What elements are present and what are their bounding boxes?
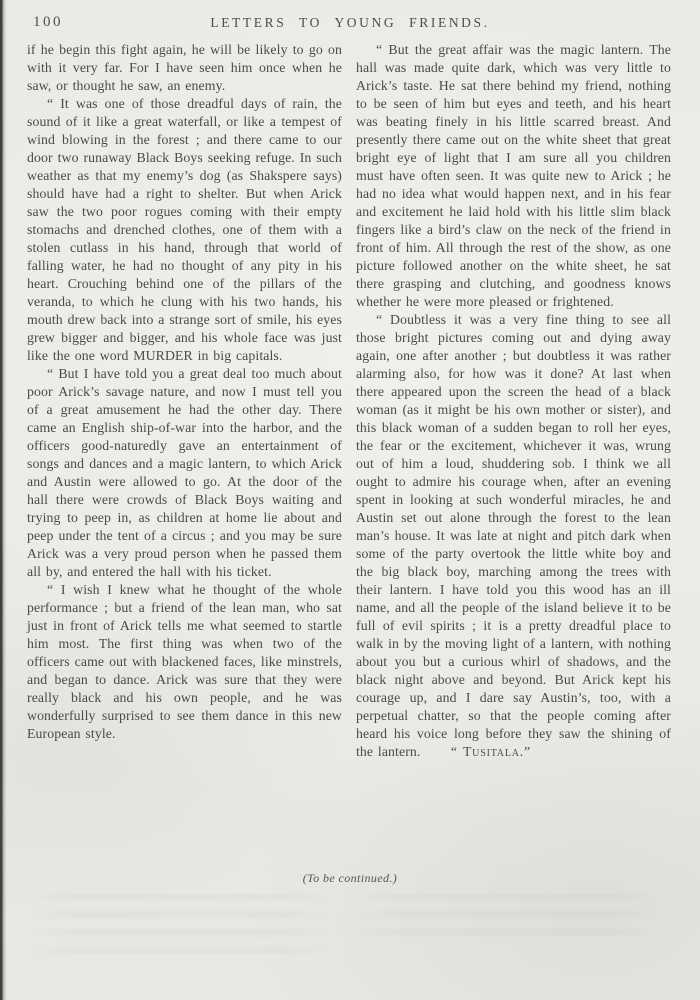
author-signature: “ Tusitala.” [451, 744, 531, 759]
page-number: 100 [33, 14, 63, 31]
running-title: LETTERS TO YOUNG FRIENDS. [0, 12, 700, 31]
paragraph: “ It was one of those dreadful days of r… [27, 95, 342, 365]
paragraph: “ But the great affair was the magic lan… [356, 41, 671, 311]
ink-bleed-texture [352, 893, 662, 937]
scanned-book-page: 100 LETTERS TO YOUNG FRIENDS. if he begi… [0, 0, 700, 1000]
paragraph: if he begin this fight again, he will be… [27, 41, 342, 95]
page-spine-edge [0, 0, 7, 1000]
left-column: if he begin this fight again, he will be… [27, 41, 342, 761]
paragraph: “ I wish I knew what he thought of the w… [27, 581, 342, 743]
to-be-continued-note: (To be continued.) [0, 871, 700, 886]
paragraph-text: “ Doubtless it was a very fine thing to … [356, 312, 671, 759]
ink-bleed-texture [30, 893, 330, 955]
right-column: “ But the great affair was the magic lan… [356, 41, 671, 761]
page-header: 100 LETTERS TO YOUNG FRIENDS. [0, 12, 700, 34]
paragraph: “ Doubtless it was a very fine thing to … [356, 311, 671, 761]
paragraph: “ But I have told you a great deal too m… [27, 365, 342, 581]
text-columns: if he begin this fight again, he will be… [27, 41, 671, 761]
